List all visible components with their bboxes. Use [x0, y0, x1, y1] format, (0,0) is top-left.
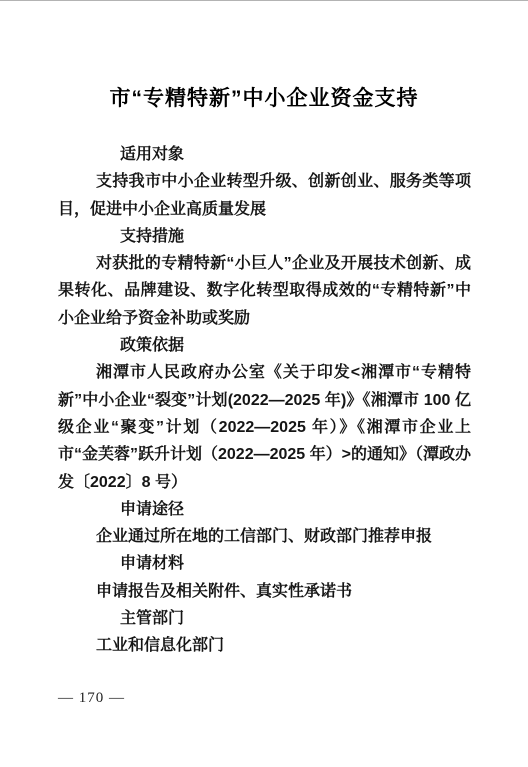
section-heading: 申请材料: [58, 550, 471, 577]
section-paragraph: 工业和信息化部门: [58, 632, 471, 659]
section-competent-department: 主管部门 工业和信息化部门: [58, 605, 471, 660]
page-top-rule: [0, 0, 528, 1]
section-heading: 申请途径: [58, 496, 471, 523]
section-heading: 支持措施: [58, 223, 471, 250]
section-applicable-targets: 适用对象 支持我市中小企业转型升级、创新创业、服务类等项目，促进中小企业高质量发…: [58, 141, 471, 223]
section-paragraph: 企业通过所在地的工信部门、财政部门推荐申报: [58, 523, 471, 550]
section-application-materials: 申请材料 申请报告及相关附件、真实性承诺书: [58, 550, 471, 605]
document-page: 市“专精特新”中小企业资金支持 适用对象 支持我市中小企业转型升级、创新创业、服…: [0, 0, 528, 767]
section-support-measures: 支持措施 对获批的专精特新“小巨人”企业及开展技术创新、成果转化、品牌建设、数字…: [58, 223, 471, 332]
section-heading: 主管部门: [58, 605, 471, 632]
section-heading: 适用对象: [58, 141, 471, 168]
page-number: — 170 —: [58, 690, 125, 707]
section-policy-basis: 政策依据 湘潭市人民政府办公室《关于印发<湘潭市“专精特新”中小企业“裂变”计划…: [58, 332, 471, 496]
section-heading: 政策依据: [58, 332, 471, 359]
section-application-channel: 申请途径 企业通过所在地的工信部门、财政部门推荐申报: [58, 496, 471, 551]
section-paragraph: 支持我市中小企业转型升级、创新创业、服务类等项目，促进中小企业高质量发展: [58, 168, 471, 223]
section-paragraph: 湘潭市人民政府办公室《关于印发<湘潭市“专精特新”中小企业“裂变”计划(2022…: [58, 359, 471, 495]
document-body: 适用对象 支持我市中小企业转型升级、创新创业、服务类等项目，促进中小企业高质量发…: [58, 141, 471, 660]
section-paragraph: 申请报告及相关附件、真实性承诺书: [58, 578, 471, 605]
document-title: 市“专精特新”中小企业资金支持: [0, 0, 528, 110]
section-paragraph: 对获批的专精特新“小巨人”企业及开展技术创新、成果转化、品牌建设、数字化转型取得…: [58, 250, 471, 332]
